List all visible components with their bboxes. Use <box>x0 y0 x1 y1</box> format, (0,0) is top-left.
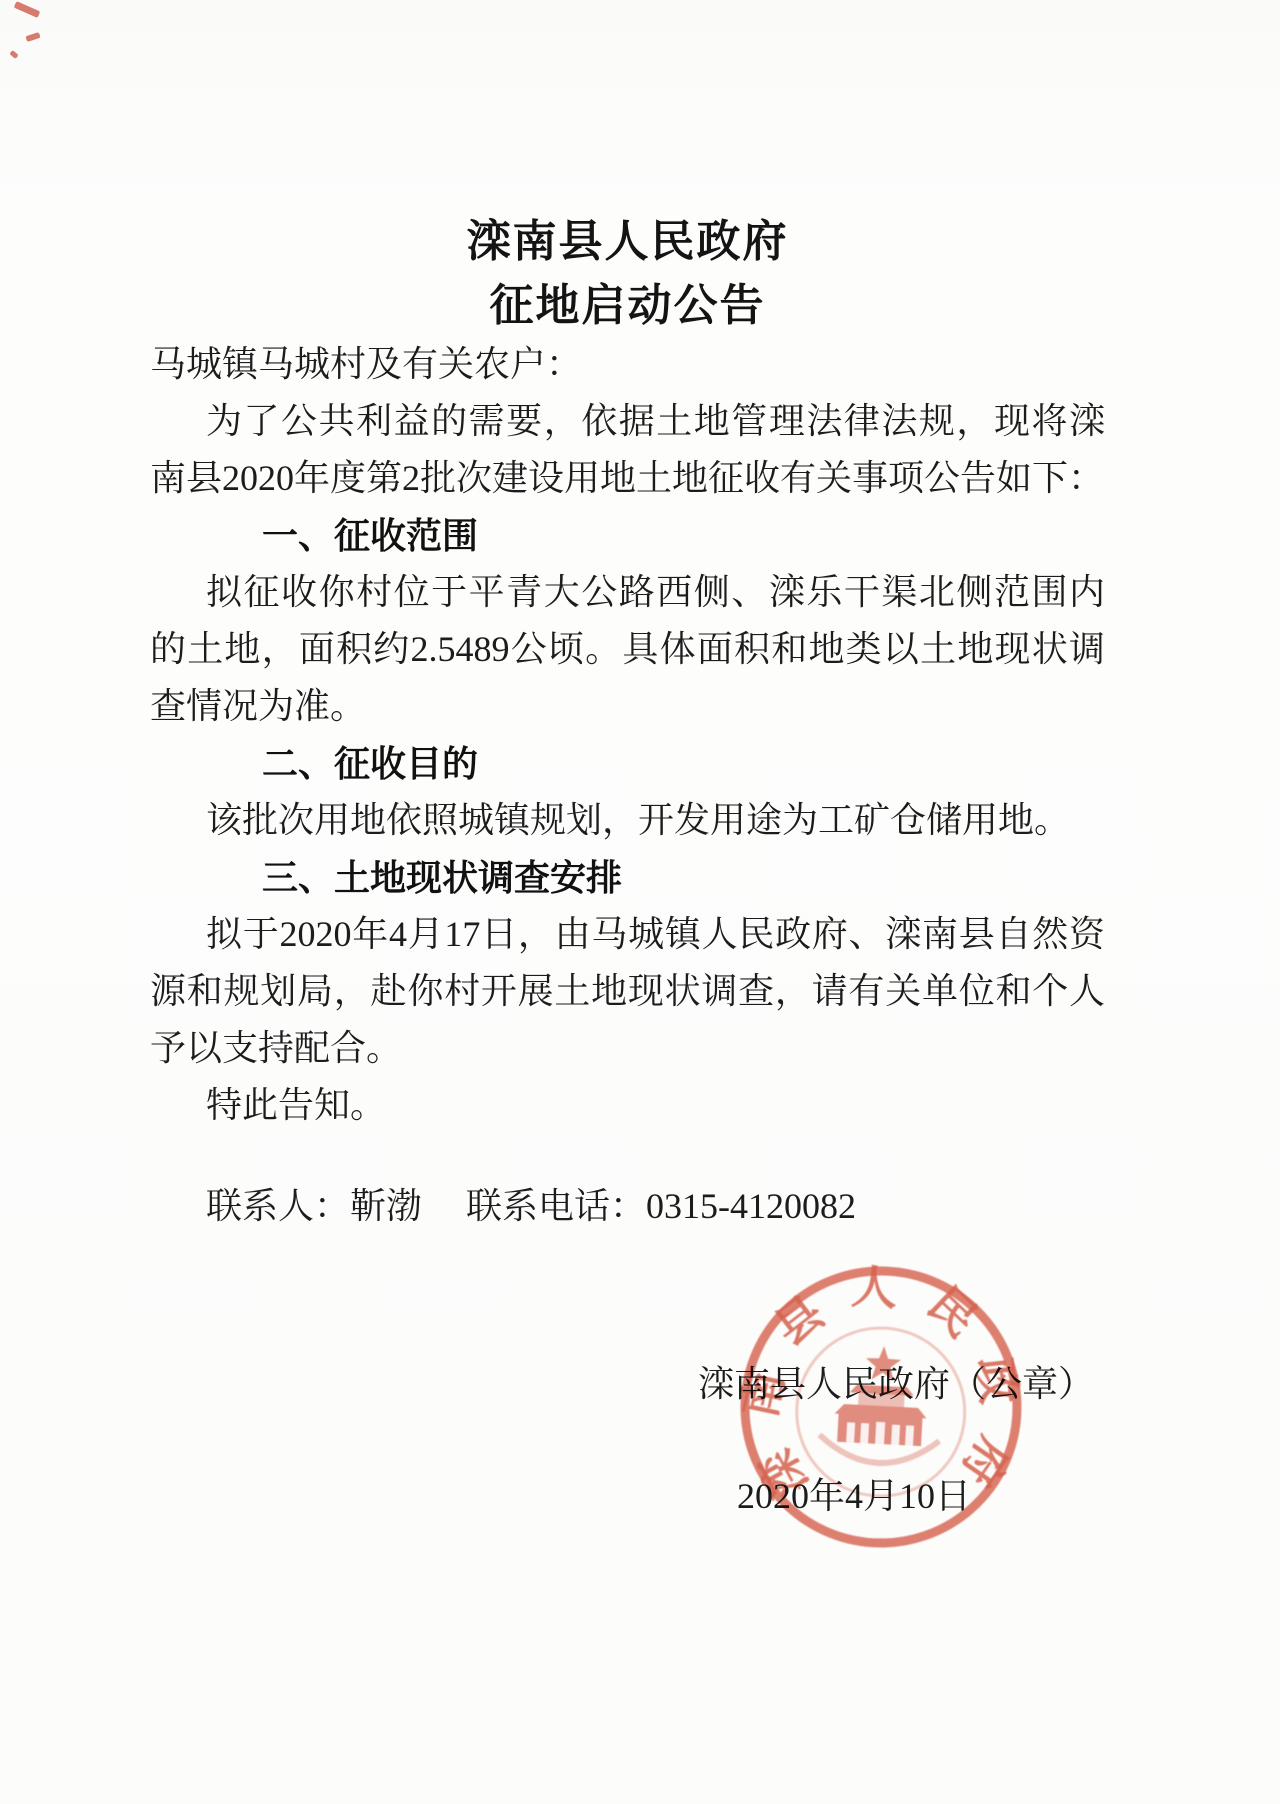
contact-phone-label: 联系电话： <box>466 1186 646 1226</box>
scanned-announcement-page: 滦南县人民政府 征地启动公告 马城镇马城村及有关农户： 为了公共利益的需要，依据… <box>0 0 1280 1804</box>
salutation: 马城镇马城村及有关农户： <box>150 336 1105 393</box>
contact-line: 联系人：靳渤联系电话：0315-4120082 <box>150 1178 1105 1235</box>
title-line-1: 滦南县人民政府 <box>150 212 1105 272</box>
red-ink-artifact <box>14 1 41 18</box>
section-2-heading: 二、征收目的 <box>150 735 1105 792</box>
red-ink-artifact <box>9 50 18 59</box>
intro-paragraph: 为了公共利益的需要，依据土地管理法律法规，现将滦南县2020年度第2批次建设用地… <box>150 393 1105 507</box>
section-1-body: 拟征收你村位于平青大公路西侧、滦乐干渠北侧范围内的土地，面积约2.5489公顷。… <box>150 564 1105 735</box>
contact-person-label: 联系人： <box>206 1186 350 1226</box>
section-3-body: 拟于2020年4月17日，由马城镇人民政府、滦南县自然资源和规划局，赴你村开展土… <box>150 906 1105 1077</box>
date-line: 2020年4月10日 <box>737 1468 971 1519</box>
document-body: 滦南县人民政府 征地启动公告 马城镇马城村及有关农户： 为了公共利益的需要，依据… <box>150 0 1105 1235</box>
closing-line: 特此告知。 <box>150 1077 1105 1134</box>
red-ink-artifact <box>25 32 40 42</box>
section-2-body: 该批次用地依照城镇规划，开发用途为工矿仓储用地。 <box>150 792 1105 849</box>
section-3-heading: 三、土地现状调查安排 <box>150 849 1105 906</box>
section-1-heading: 一、征收范围 <box>150 507 1105 564</box>
contact-person-name: 靳渤 <box>350 1186 422 1226</box>
title-line-2: 征地启动公告 <box>150 276 1105 336</box>
signature-line: 滦南县人民政府（公章） <box>698 1356 1094 1407</box>
document-title: 滦南县人民政府 征地启动公告 <box>150 0 1105 336</box>
contact-phone-number: 0315-4120082 <box>646 1186 856 1226</box>
